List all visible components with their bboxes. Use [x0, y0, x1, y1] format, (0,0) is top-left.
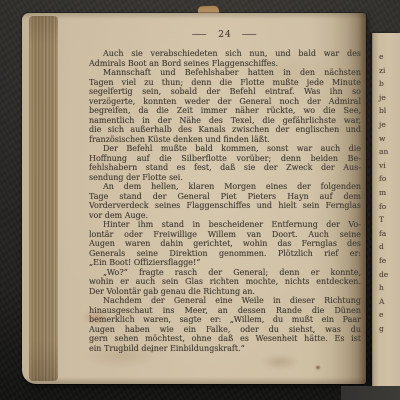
text-line: Auch sie verabschiedeten sich nun, und b…	[89, 49, 361, 59]
scanner-bed-patch	[341, 386, 400, 400]
edge-text-fragment: b	[379, 79, 388, 88]
edge-text-fragment: m	[379, 188, 388, 197]
text-line: „Ein Boot! Offiziersflagge!“	[89, 258, 361, 268]
text-line: vor dem Auge.	[89, 211, 361, 221]
edge-text-fragment: e	[379, 310, 388, 319]
text-line: Tagen viel zu thun; denn die Flotte mußt…	[89, 78, 361, 88]
edge-text-fragment: vi	[379, 161, 388, 170]
printed-text-block: — 24 — Auch sie verabschiedeten sich nun…	[89, 30, 361, 353]
edge-text-fragment: de	[379, 270, 388, 279]
edge-text-fragment: w	[379, 134, 388, 143]
text-line: Vorderverdeck seines Flaggenschiffes und…	[89, 201, 361, 211]
text-line: Hinter ihm stand in bescheidener Entfern…	[89, 220, 361, 230]
body-text: Auch sie verabschiedeten sich nun, und b…	[89, 49, 361, 353]
text-line: Augen haben wie ein Falke, oder du siehs…	[89, 325, 361, 335]
text-line: Admirals Boot an Bord seines Flaggenschi…	[89, 59, 361, 69]
text-line: fehlshabern stand es fest, daß sie der Z…	[89, 163, 361, 173]
paragraph: Hinter ihm stand in bescheidener Entfern…	[89, 220, 361, 268]
edge-text-fragment: h	[379, 283, 388, 292]
text-line: gern sehen möchtest, ohne daß es Wesenhe…	[89, 334, 361, 344]
text-line: segelfertig sein, sobald der Befehl eint…	[89, 87, 361, 97]
edge-text-fragment: fo	[379, 174, 388, 183]
edge-text-fragment: fa	[379, 229, 388, 238]
text-line: Tage stand der General Piet Pieters Hayn…	[89, 192, 361, 202]
page-header: — 24 —	[89, 30, 361, 40]
text-line: Der Befehl mußte bald kommen, sonst war …	[89, 144, 361, 154]
text-line: lontär oder Freiwillige Willem van Doort…	[89, 230, 361, 240]
edge-text-fragment: fe	[379, 256, 388, 265]
text-line: die sich außerhalb des Kanals zwischen d…	[89, 125, 361, 135]
paragraph: Nachdem der General eine Weile in dieser…	[89, 296, 361, 353]
text-line: Der Volontär gab genau die Richtung an.	[89, 287, 361, 297]
text-line: „Wo?“ fragte rasch der General; denn er …	[89, 268, 361, 278]
edge-text-fragment: je	[379, 120, 388, 129]
paragraph: Auch sie verabschiedeten sich nun, und b…	[89, 49, 361, 68]
text-line: Hoffnung auf die Silberflotte vorüber; d…	[89, 154, 361, 164]
paragraph: An dem hellen, klaren Morgen eines der f…	[89, 182, 361, 220]
text-line: Augen waren dahin gerichtet, wohin das F…	[89, 239, 361, 249]
edge-text-fragment: A	[379, 297, 388, 306]
edge-text-fragment: d	[379, 242, 388, 251]
text-line: wohin er auch sein Glas richten mochte, …	[89, 277, 361, 287]
paper-speck	[315, 365, 321, 370]
text-line: An dem hellen, klaren Morgen eines der f…	[89, 182, 361, 192]
paper-stain	[260, 353, 300, 371]
facing-page-text-fragments: ezibjebljewanvifomfoTfadfedehAeg	[379, 52, 388, 333]
paragraph: Der Befehl mußte bald kommen, sonst war …	[89, 144, 361, 182]
edge-text-fragment: T	[379, 215, 388, 224]
edge-text-fragment: an	[379, 147, 388, 156]
edge-text-fragment: fo	[379, 202, 388, 211]
text-line: französischen Küste denken und finden lä…	[89, 135, 361, 145]
text-line: bemerklich waren, sagte er: „Willem, du …	[89, 315, 361, 325]
paragraph: „Wo?“ fragte rasch der General; denn er …	[89, 268, 361, 297]
scanned-book-photo: — 24 — Auch sie verabschiedeten sich nun…	[0, 0, 400, 400]
text-line: sendung der Flotte sei.	[89, 173, 361, 183]
edge-text-fragment: e	[379, 52, 388, 61]
edge-text-fragment: zi	[379, 66, 388, 75]
text-line: Generals seine Direktion genommen. Plötz…	[89, 249, 361, 259]
page-edge-stack	[29, 16, 58, 381]
page-number: 24	[218, 30, 231, 40]
paragraph: Mannschaft und Befehlshaber hatten in de…	[89, 68, 361, 144]
text-line: begreifen, da die Zeit immer näher rückt…	[89, 106, 361, 116]
header-dash-left: —	[192, 30, 209, 40]
text-line: verzögerte, konnten weder der General no…	[89, 97, 361, 107]
text-line: Nachdem der General eine Weile in dieser…	[89, 296, 361, 306]
text-line: Mannschaft und Befehlshaber hatten in de…	[89, 68, 361, 78]
text-line: ein Trugbild deiner Einbildungskraft.“	[89, 344, 361, 354]
edge-text-fragment: je	[379, 93, 388, 102]
facing-page-sliver: ezibjebljewanvifomfoTfadfedehAeg	[372, 33, 400, 386]
header-dash-right: —	[241, 30, 258, 40]
text-line: hinausgeschaut ins Meer, an dessen Rande…	[89, 306, 361, 316]
text-line: namentlich in der Nähe des Texel, die ge…	[89, 116, 361, 126]
edge-text-fragment: g	[379, 324, 388, 333]
edge-text-fragment: bl	[379, 106, 388, 115]
